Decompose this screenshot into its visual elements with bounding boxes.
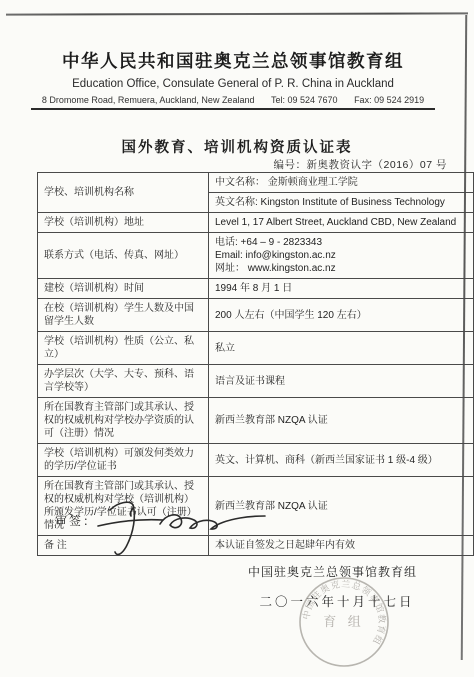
table-row: 学校、培训机构名称中文名称： 金斯顿商业理工学院 <box>38 173 474 193</box>
row-value: 中文名称： 金斯顿商业理工学院 <box>209 173 474 193</box>
row-value: 新西兰教育部 NZQA 认证 <box>209 398 474 444</box>
stamp-ring-text: 中国驻奥克兰总领事馆教育组 <box>300 578 388 647</box>
table-row: 所在国教育主管部门或其承认、授权的权威机构对学校办学资质的认可（注册）情况新西兰… <box>38 398 474 444</box>
row-value: 1994 年 8 月 1 日 <box>209 279 474 299</box>
row-label: 所在国教育主管部门或其承认、授权的权威机构对学校办学资质的认可（注册）情况 <box>38 398 209 444</box>
table-row: 建校（培训机构）时间1994 年 8 月 1 日 <box>38 279 474 299</box>
row-label: 建校（培训机构）时间 <box>38 279 209 299</box>
scanned-certificate-page: 中华人民共和国驻奥克兰总领事馆教育组 Education Office, Con… <box>0 0 474 677</box>
row-value: 私立 <box>209 332 474 365</box>
table-row: 办学层次（大学、大专、预科、语言学校等）语言及证书课程 <box>38 365 474 398</box>
row-label: 办学层次（大学、大专、预科、语言学校等） <box>38 365 209 398</box>
row-label: 学校（培训机构）地址 <box>38 213 209 233</box>
row-label: 学校、培训机构名称 <box>38 173 209 213</box>
letterhead: 中华人民共和国驻奥克兰总领事馆教育组 Education Office, Con… <box>0 48 466 110</box>
row-label: 联系方式（电话、传真、网址） <box>38 233 209 279</box>
official-round-stamp: 中国驻奥克兰总领事馆教育组 育 组 <box>296 574 392 670</box>
address-text: 8 Dromome Road, Remuera, Auckland, New Z… <box>42 95 255 105</box>
org-title-chinese: 中华人民共和国驻奥克兰总领事馆教育组 <box>0 48 466 73</box>
table-row: 联系方式（电话、传真、网址）电话: +64 – 9 - 2823343 Emai… <box>38 233 474 279</box>
row-value: 英文名称: Kingston Institute of Business Tec… <box>209 193 474 213</box>
handwritten-signature <box>88 492 273 570</box>
scan-artifact-top-line <box>6 12 468 15</box>
reference-number: 编号：新奥教资认字（2016）07 号 <box>37 157 447 172</box>
tel-text: Tel: 09 524 7670 <box>271 95 338 105</box>
table-row: 在校（培训机构）学生人数及中国留学生人数200 人左右（中国学生 120 左右） <box>38 299 474 332</box>
row-value: 电话: +64 – 9 - 2823343 Email: info@kingst… <box>209 233 474 279</box>
row-label: 学校（培训机构）可颁发何类效力的学历/学位证书 <box>38 444 209 477</box>
org-title-english: Education Office, Consulate General of P… <box>0 78 466 90</box>
fax-text: Fax: 09 524 2919 <box>354 95 424 105</box>
table-row: 学校（培训机构）性质（公立、私立）私立 <box>38 332 474 365</box>
row-value: 语言及证书课程 <box>209 365 474 398</box>
form-title: 国外教育、培训机构资质认证表 <box>0 136 474 157</box>
row-label: 学校（培训机构）性质（公立、私立） <box>38 332 209 365</box>
table-row: 学校（培训机构）可颁发何类效力的学历/学位证书英文、计算机、商科（新西兰国家证书… <box>38 444 474 477</box>
row-value: 200 人左右（中国学生 120 左右） <box>209 299 474 332</box>
row-value: Level 1, 17 Albert Street, Auckland CBD,… <box>209 213 474 233</box>
row-value: 英文、计算机、商科（新西兰国家证书 1 级-4 级） <box>209 444 474 477</box>
table-row: 学校（培训机构）地址Level 1, 17 Albert Street, Auc… <box>38 213 474 233</box>
row-label: 在校（培训机构）学生人数及中国留学生人数 <box>38 299 209 332</box>
org-address-line: 8 Dromome Road, Remuera, Auckland, New Z… <box>31 95 435 110</box>
stamp-center-text: 育 组 <box>323 614 365 629</box>
